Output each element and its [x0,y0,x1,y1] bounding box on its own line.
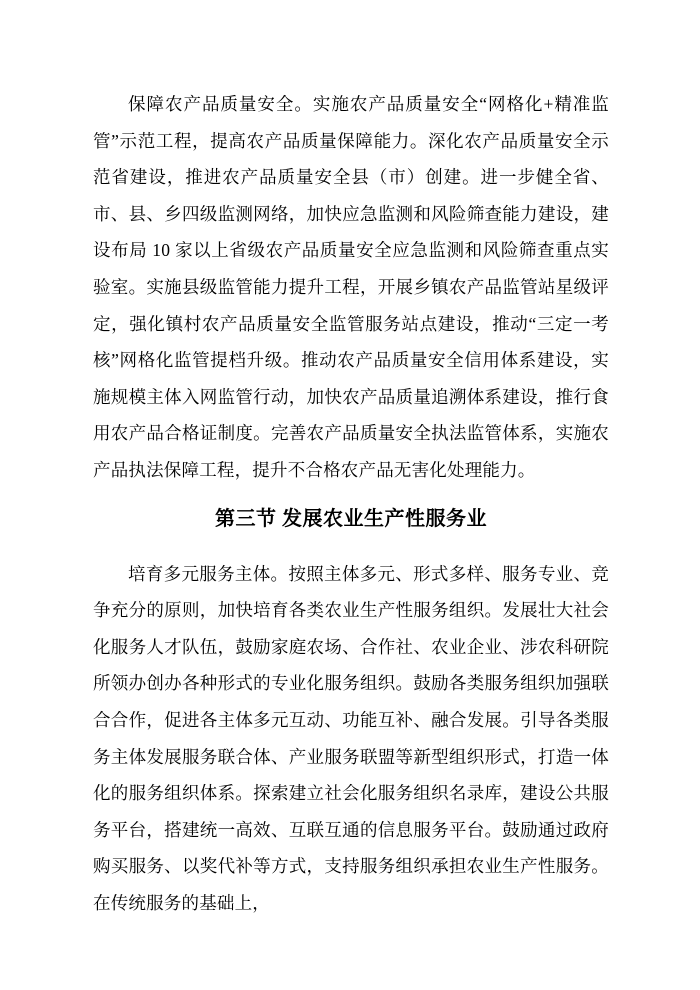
page-content: 保障农产品质量安全。实施农产品质量安全“网格化+精准监管”示范工程，提高农产品质… [93,86,609,921]
paragraph-service-providers: 培育多元服务主体。按照主体多元、形式多样、服务专业、竞争充分的原则，加快培育各类… [93,556,609,922]
paragraph-quality-safety: 保障农产品质量安全。实施农产品质量安全“网格化+精准监管”示范工程，提高农产品质… [93,86,609,489]
document-page: 保障农产品质量安全。实施农产品质量安全“网格化+精准监管”示范工程，提高农产品质… [0,0,700,990]
section-heading: 第三节 发展农业生产性服务业 [93,501,609,538]
